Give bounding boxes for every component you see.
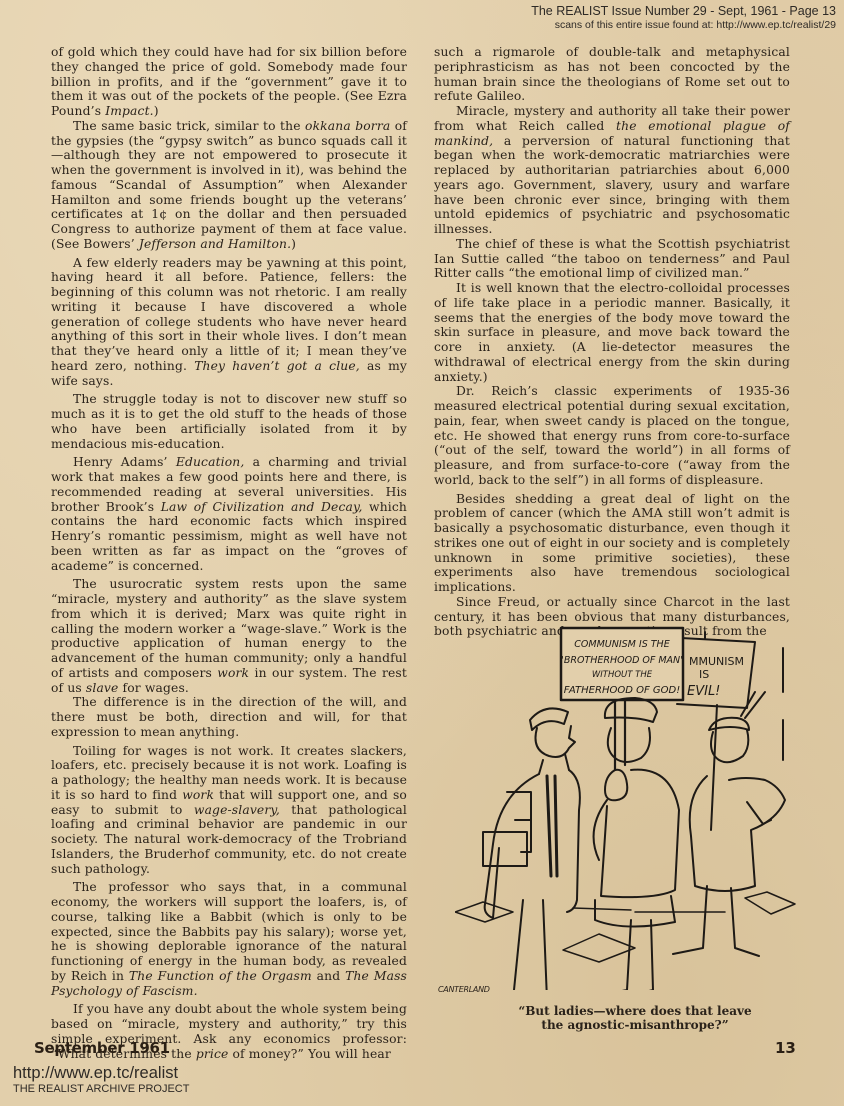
paragraph: A few elderly readers may be yawning at … bbox=[51, 256, 407, 389]
paragraph: Henry Adams’ Education, a charming and t… bbox=[51, 455, 407, 573]
paragraph: The professor who says that, in a commun… bbox=[51, 880, 407, 998]
young-man-figure bbox=[483, 708, 580, 990]
editorial-cartoon: MMUNISM IS EVIL! COMMUNISM IS THE "BROTH… bbox=[455, 620, 820, 990]
archive-project-label: THE REALIST ARCHIVE PROJECT bbox=[13, 1083, 189, 1096]
svg-text:MMUNISM: MMUNISM bbox=[689, 655, 744, 668]
paragraph: Toiling for wages is not work. It create… bbox=[51, 744, 407, 877]
svg-text:COMMUNISM IS THE: COMMUNISM IS THE bbox=[574, 639, 669, 650]
paragraph: The struggle today is not to discover ne… bbox=[51, 392, 407, 451]
paragraph: of gold which they could have had for si… bbox=[51, 45, 407, 119]
caption-line: “But ladies—where does that leave bbox=[470, 1004, 800, 1018]
paragraph: The same basic trick, similar to the okk… bbox=[51, 119, 407, 252]
paragraph: It is well known that the electro-colloi… bbox=[434, 281, 790, 384]
back-sign: MMUNISM IS EVIL! bbox=[677, 632, 755, 830]
archive-header: The REALIST Issue Number 29 - Sept, 1961… bbox=[531, 4, 836, 32]
paragraph: Besides shedding a great deal of light o… bbox=[434, 492, 790, 595]
svg-text:WITHOUT THE: WITHOUT THE bbox=[592, 670, 653, 680]
svg-text:IS: IS bbox=[699, 668, 709, 681]
paragraph: Dr. Reich’s classic experiments of 1935-… bbox=[434, 384, 790, 487]
scans-note: scans of this entire issue found at: htt… bbox=[531, 19, 836, 32]
cartoonist-signature: CANTERLAND bbox=[438, 985, 490, 994]
paragraph: Miracle, mystery and authority all take … bbox=[434, 104, 790, 237]
paragraph: The usurocratic system rests upon the sa… bbox=[51, 577, 407, 695]
archive-footer: http://www.ep.tc/realist THE REALIST ARC… bbox=[13, 1064, 189, 1096]
page-number: 13 bbox=[775, 1039, 796, 1057]
cartoon-illustration: MMUNISM IS EVIL! COMMUNISM IS THE "BROTH… bbox=[455, 620, 820, 990]
svg-text:"BROTHERHOOD OF MAN": "BROTHERHOOD OF MAN" bbox=[559, 655, 684, 666]
second-woman-figure bbox=[673, 692, 785, 956]
caption-line: the agnostic-misanthrope?” bbox=[470, 1018, 800, 1032]
svg-text:FATHERHOOD OF GOD!: FATHERHOOD OF GOD! bbox=[564, 685, 680, 696]
paragraph: The difference is in the direction of th… bbox=[51, 695, 407, 739]
svg-text:EVIL!: EVIL! bbox=[687, 684, 720, 699]
cartoon-caption: “But ladies—where does that leave the ag… bbox=[470, 1004, 800, 1032]
left-column: of gold which they could have had for si… bbox=[51, 45, 407, 1061]
paragraph: The chief of these is what the Scottish … bbox=[434, 237, 790, 281]
issue-title: The REALIST Issue Number 29 - Sept, 1961… bbox=[531, 4, 836, 19]
footer-date: September 1961 bbox=[34, 1039, 170, 1057]
paragraph: such a rigmarole of double-talk and meta… bbox=[434, 45, 790, 104]
right-column: such a rigmarole of double-talk and meta… bbox=[434, 45, 790, 639]
archive-url-link[interactable]: http://www.ep.tc/realist bbox=[13, 1064, 189, 1083]
woman-with-sign-figure bbox=[594, 698, 679, 990]
